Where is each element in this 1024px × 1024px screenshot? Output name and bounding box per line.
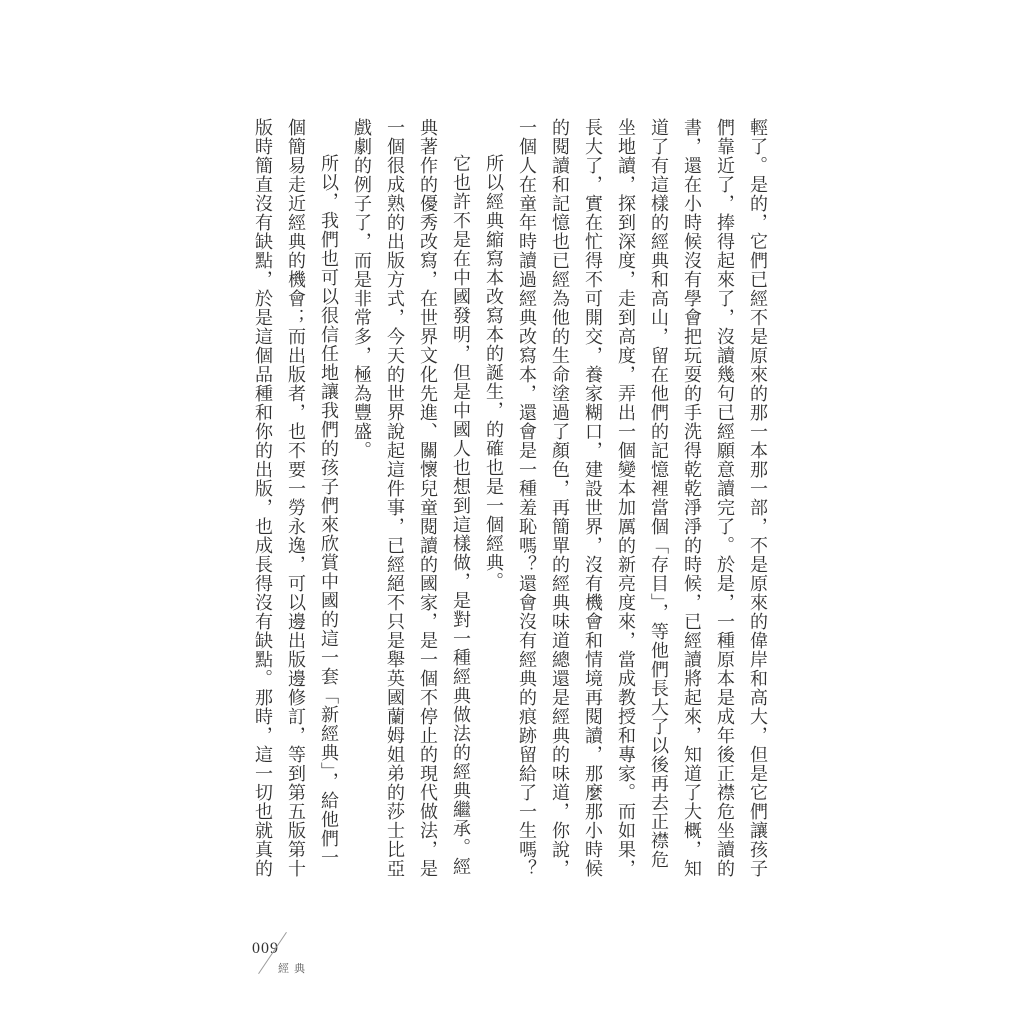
section-title: 經典 bbox=[278, 960, 310, 976]
paragraph: 輕了。是的，它們已經不是原來的那一本那一部，不是原來的偉岸和高大，但是它們讓孩子… bbox=[510, 118, 774, 878]
body-text: 輕了。是的，它們已經不是原來的那一本那一部，不是原來的偉岸和高大，但是它們讓孩子… bbox=[246, 118, 774, 878]
paragraph: 它也許不是在中國發明，但是中國人也想到這樣做，是對一種經典做法的經典繼承。經典著… bbox=[345, 118, 477, 878]
page-footer: 009 經典 bbox=[248, 936, 358, 988]
paragraph: 所以，我們也可以很信任地讓我們的孩子們來欣賞中國的這一套「新經典」，給他們一個簡… bbox=[246, 118, 345, 878]
book-page: 輕了。是的，它們已經不是原來的那一本那一部，不是原來的偉岸和高大，但是它們讓孩子… bbox=[0, 0, 1024, 1024]
paragraph: 所以經典縮寫本改寫本的誕生，的確也是一個經典。 bbox=[477, 118, 510, 878]
